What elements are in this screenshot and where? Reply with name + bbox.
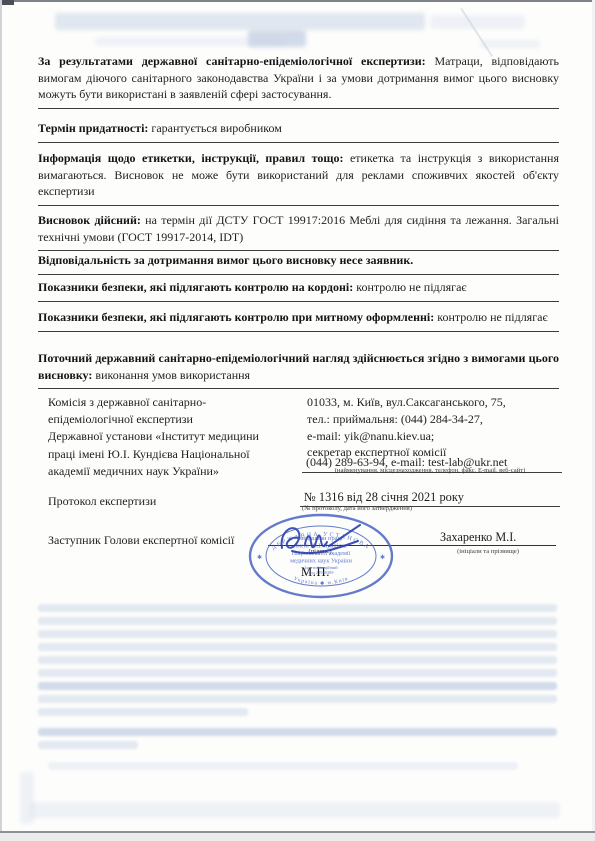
handwritten-signature [272, 518, 382, 560]
commission-contacts: 01033, м. Київ, вул.Саксаганського, 75, … [307, 394, 562, 461]
section-text: виконання умов використання [92, 368, 250, 382]
section-label: Термін придатності: [38, 121, 148, 135]
bleed-through-text [38, 669, 557, 677]
section-label: За результатами державної санітарно-епід… [38, 54, 426, 68]
bleed-through-text [38, 741, 138, 749]
bleed-through-text [38, 643, 557, 651]
stamp-ring-bottom-text: Україна ◆ м.Київ [293, 576, 350, 587]
section-responsibility: Відповідальність за дотримання вимог цьо… [38, 252, 559, 275]
section-shelf-life: Термін придатності: гарантується виробни… [38, 120, 559, 143]
svg-text:Україна ◆ м.Київ: Україна ◆ м.Київ [293, 576, 350, 587]
bleed-through-text [430, 15, 525, 29]
commission-name: Комісія з державної санітарно- епідеміол… [48, 394, 303, 480]
bleed-through-text [95, 37, 285, 46]
stamp-star-left: ✱ [257, 554, 262, 561]
bleed-through-text [30, 802, 560, 818]
section-label: Інформація щодо етикетки, інструкції, пр… [38, 151, 343, 165]
section-border-control: Показники безпеки, які підлягають контро… [38, 279, 559, 302]
protocol-caption: (№ протоколу, дата його затвердження) [302, 505, 522, 512]
section-customs-control: Показники безпеки, які підлягають контро… [38, 309, 559, 332]
section-label: Показники безпеки, які підлягають контро… [38, 310, 434, 324]
scan-top-edge [0, 0, 595, 2]
bleed-through-text [480, 40, 540, 48]
bleed-through-text [38, 617, 557, 625]
section-text: гарантується виробником [148, 121, 281, 135]
bleed-through-text [38, 682, 557, 690]
bleed-through-text [38, 708, 248, 716]
scanned-document-page: За результатами державної санітарно-епід… [0, 0, 595, 841]
section-label: Показники безпеки, які підлягають контро… [38, 280, 353, 294]
stamp-id-line2: код 22948309 [309, 570, 335, 575]
bleed-through-text [38, 604, 557, 612]
bleed-through-text [48, 762, 518, 770]
bleed-through-text [38, 728, 557, 736]
commission-contact-caption: (найменування, місцезнаходження, телефон… [300, 467, 560, 474]
section-label-info: Інформація щодо етикетки, інструкції, пр… [38, 150, 559, 206]
scan-top-corner [0, 0, 14, 5]
section-validity: Висновок дійсний: на термін дії ДСТУ ГОС… [38, 212, 559, 251]
bleed-through-text [38, 695, 557, 703]
section-text: контролю не підлягає [434, 310, 547, 324]
bleed-through-text [20, 772, 34, 824]
scan-left-edge [0, 0, 2, 841]
bleed-through-text [55, 13, 425, 30]
bleed-through-text [38, 630, 557, 638]
protocol-label: Протокол експертизи [48, 494, 156, 509]
section-expertise-result: За результатами державної санітарно-епід… [38, 53, 559, 109]
signatory-title: Заступник Голови експертної комісії [48, 533, 234, 548]
name-caption: (ініціали та прізвище) [430, 548, 546, 555]
bleed-through-text [38, 656, 557, 664]
section-label: Висновок дійсний: [38, 213, 141, 227]
section-label: Відповідальність за дотримання вимог цьо… [38, 253, 413, 267]
scan-bottom-shadow [0, 833, 595, 841]
signatory-name: Захаренко М.І. [440, 530, 516, 545]
section-text: контролю не підлягає [353, 280, 466, 294]
section-ongoing-supervision: Поточний державний санітарно-епідеміолог… [38, 350, 559, 389]
